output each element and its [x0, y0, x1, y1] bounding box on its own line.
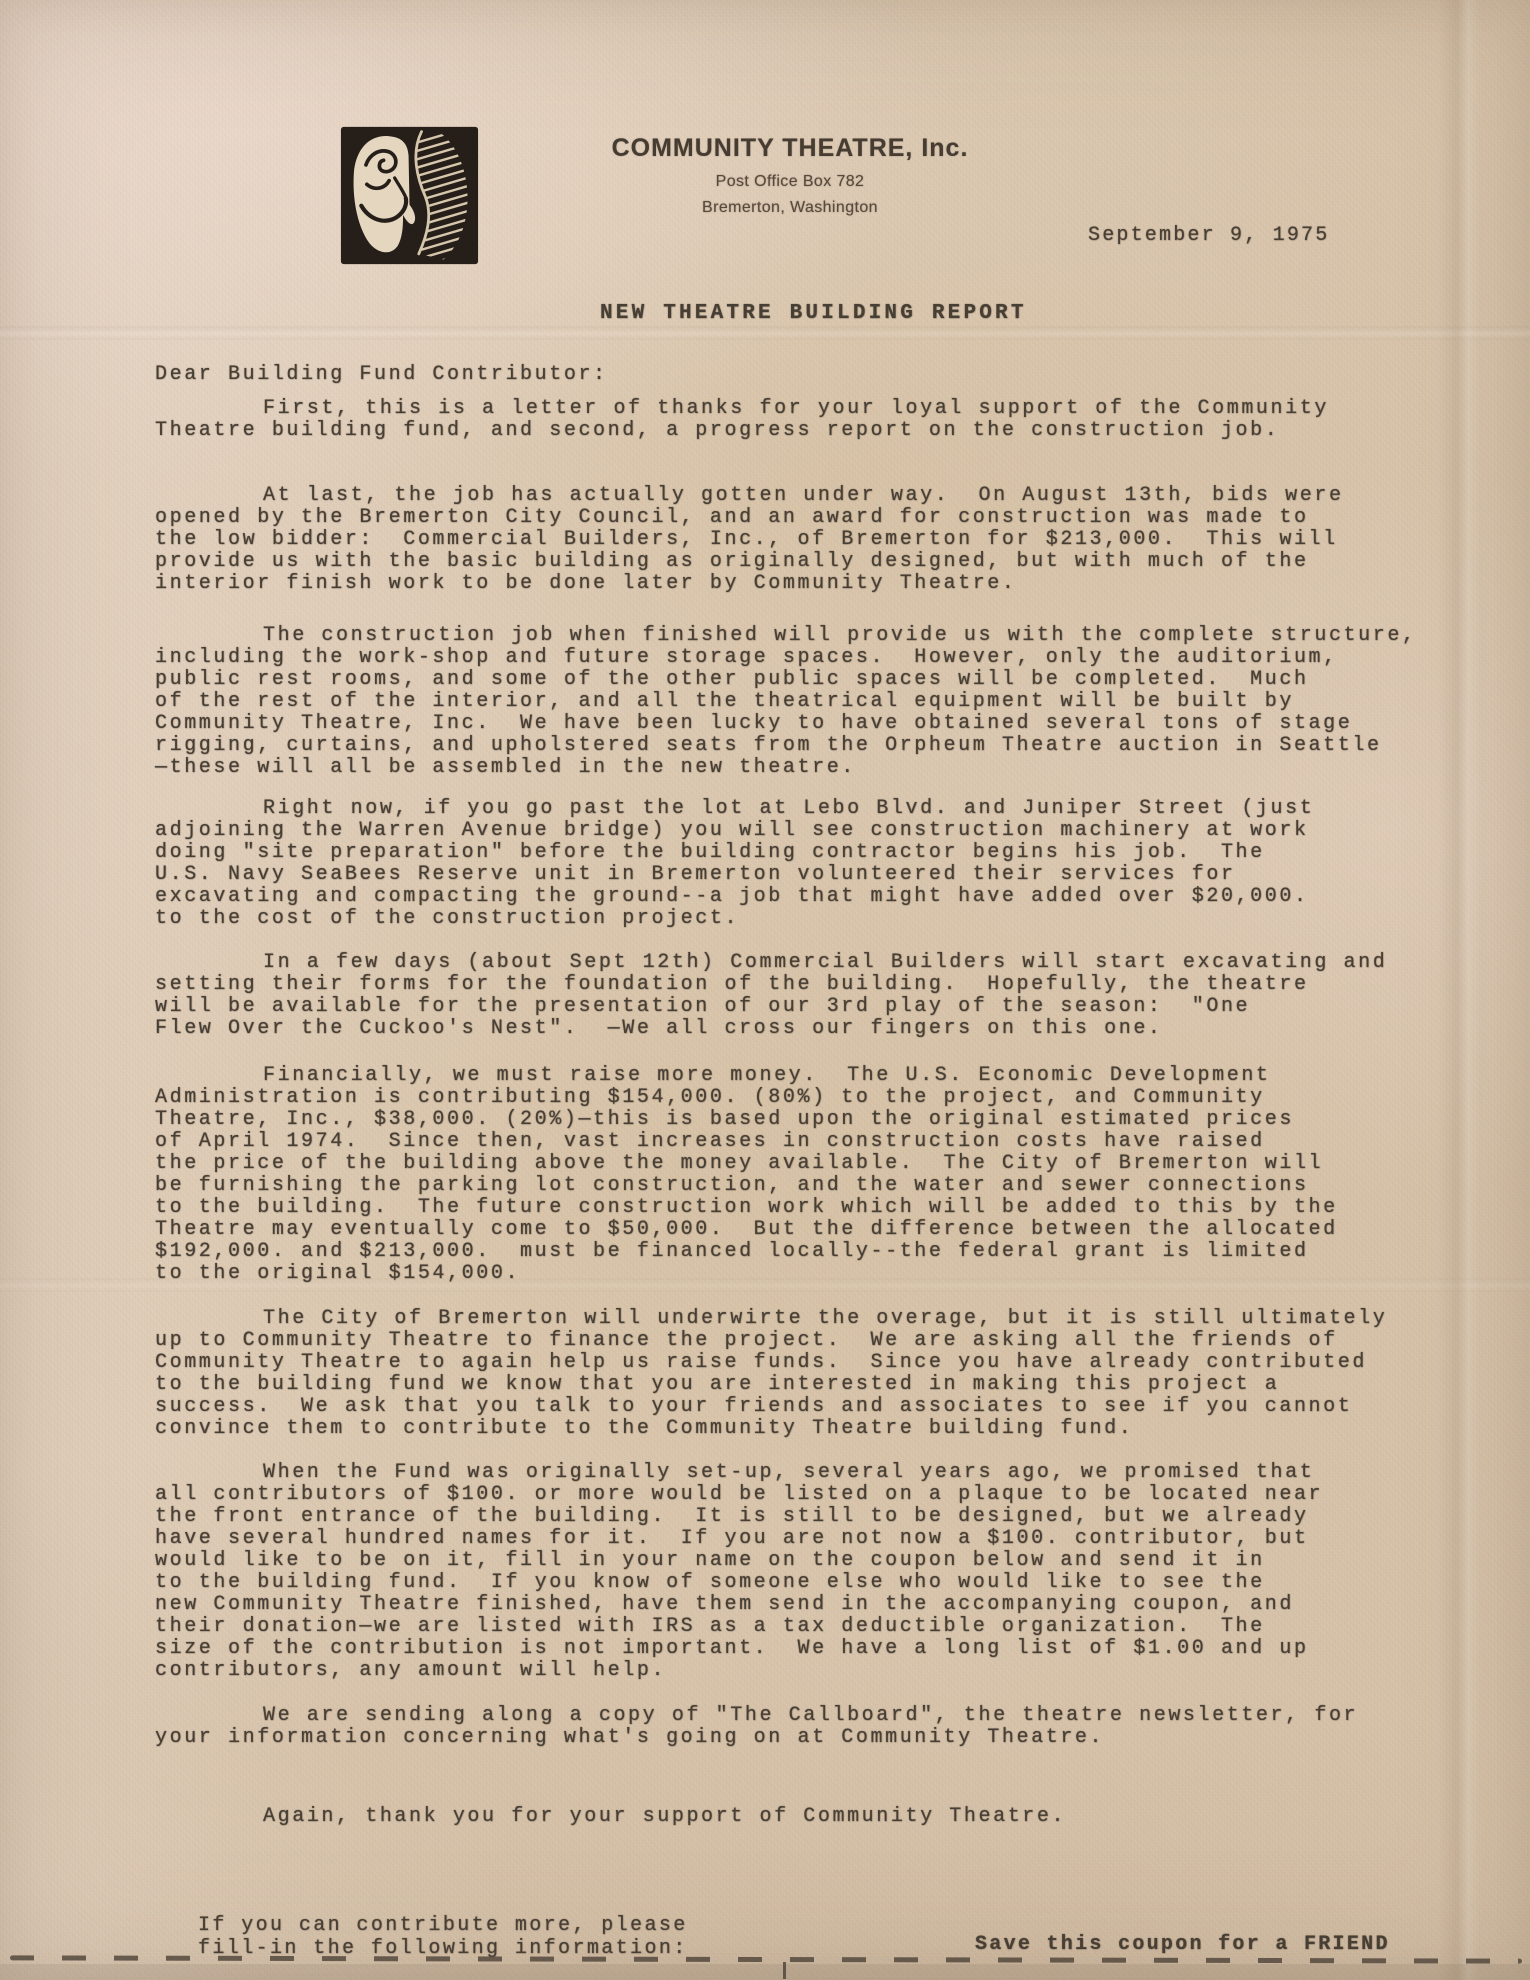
salutation: Dear Building Fund Contributor:	[155, 363, 608, 386]
letter-paragraph-4: Right now, if you go past the lot at Leb…	[155, 798, 1485, 930]
letter-paragraph-9: We are sending along a copy of "The Call…	[155, 1705, 1485, 1749]
letter-paragraph-7: The City of Bremerton will underwirte th…	[155, 1308, 1485, 1440]
letter-title: NEW THEATRE BUILDING REPORT	[600, 302, 1027, 325]
center-fold-mark	[783, 1962, 786, 1979]
bottom-edge-shadow	[0, 1964, 1530, 1980]
letterhead-address-line1: Post Office Box 782	[540, 173, 1040, 191]
letter-paragraph-1: First, this is a letter of thanks for yo…	[155, 398, 1485, 442]
letterhead-address-line2: Bremerton, Washington	[540, 199, 1040, 217]
coupon-cut-line	[10, 1955, 1522, 1963]
coupon-instruction: If you can contribute more, please fill-…	[198, 1914, 688, 1960]
letter-paragraph-6: Financially, we must raise more money. T…	[155, 1065, 1485, 1285]
letter-paragraph-3: The construction job when finished will …	[155, 625, 1485, 779]
coupon-save-note: Save this coupon for a FRIEND	[975, 1933, 1390, 1956]
letterhead-org-name: COMMUNITY THEATRE, Inc.	[540, 134, 1040, 163]
letter-paragraph-8: When the Fund was originally set-up, sev…	[155, 1462, 1485, 1682]
letter-paragraph-5: In a few days (about Sept 12th) Commerci…	[155, 952, 1485, 1040]
letter-paragraph-2: At last, the job has actually gotten und…	[155, 485, 1485, 595]
letter-page: COMMUNITY THEATRE, Inc. Post Office Box …	[0, 0, 1530, 1980]
fold-crease-top	[0, 326, 1530, 340]
letter-date: September 9, 1975	[1088, 224, 1329, 247]
scanned-letter: COMMUNITY THEATRE, Inc. Post Office Box …	[0, 0, 1530, 1980]
theatre-masks-logo	[339, 126, 480, 265]
closing-line: Again, thank you for your support of Com…	[155, 1805, 1066, 1828]
